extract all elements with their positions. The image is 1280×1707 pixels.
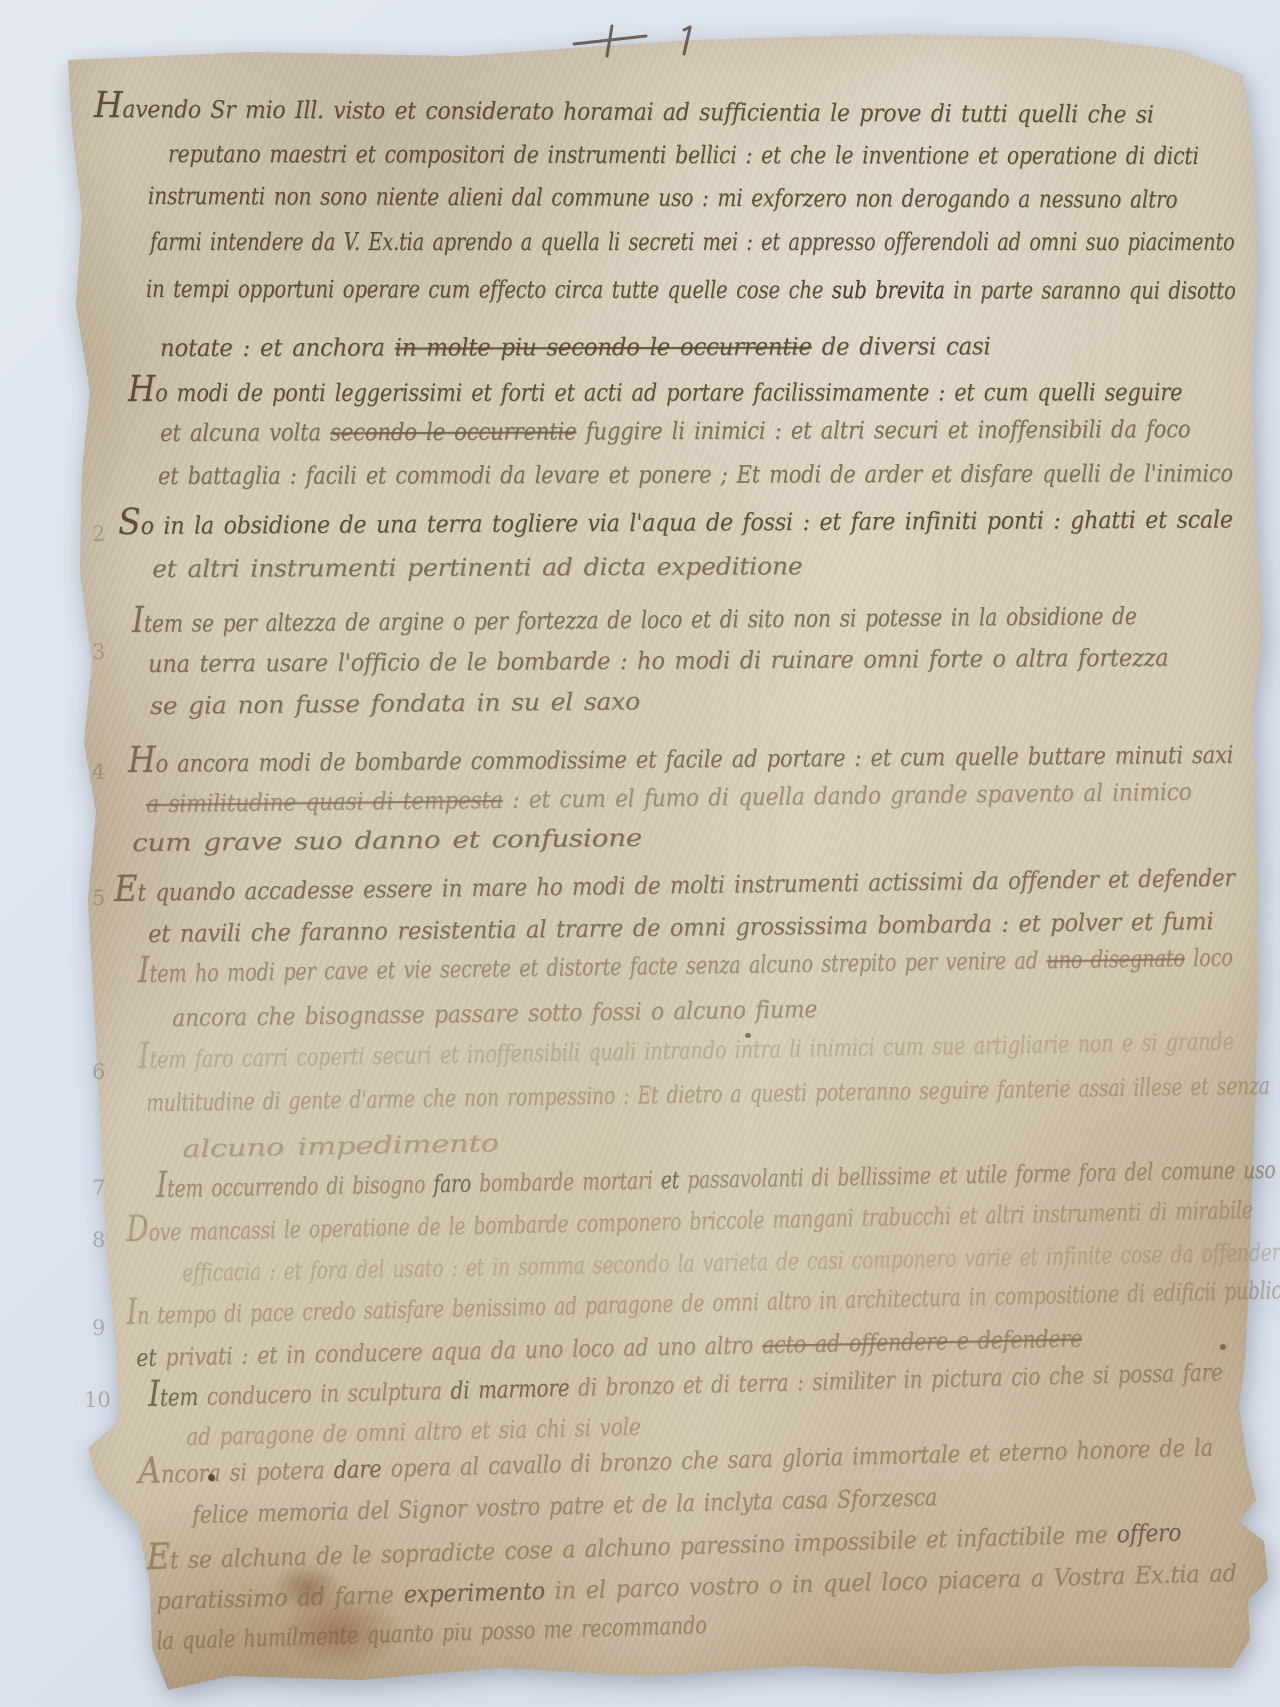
manuscript-line: ad paragone de omni altro et sia chi si …: [186, 1414, 641, 1451]
margin-paragraph-number: 8: [92, 1228, 105, 1252]
manuscript-line: una terra usare l'officio de le bombarde…: [148, 645, 1168, 678]
manuscript-line: Dove mancassi le operatione de le bombar…: [126, 1197, 1253, 1247]
margin-paragraph-number: 10: [84, 1388, 111, 1412]
manuscript-photo: Havendo Sr mio Ill. visto et considerato…: [0, 0, 1280, 1707]
manuscript-line: Item faro carri coperti securi et inoffe…: [138, 1028, 1234, 1073]
margin-paragraph-number: 2: [92, 522, 105, 546]
manuscript-line: et altri instrumenti pertinenti ad dicta…: [152, 553, 803, 582]
manuscript-line: instrumenti non sono niente alieni dal c…: [148, 183, 1178, 213]
manuscript-line: So in la obsidione de una terra togliere…: [118, 506, 1233, 539]
manuscript-line: Ho ancora modi de bombarde commodissime …: [128, 742, 1233, 778]
paper-sheet: Havendo Sr mio Ill. visto et considerato…: [0, 0, 1280, 1707]
ink-spot: [1220, 1344, 1226, 1350]
manuscript-line: in tempi opportuni operare cum effecto c…: [146, 276, 1236, 304]
manuscript-line: la quale humilmente quanto piu posso me …: [156, 1612, 707, 1654]
manuscript-line: a similitudine quasi di tempesta : et cu…: [146, 779, 1192, 818]
manuscript-text-block: Havendo Sr mio Ill. visto et considerato…: [0, 0, 1280, 1707]
manuscript-line: Havendo Sr mio Ill. visto et considerato…: [94, 96, 1154, 128]
manuscript-line: Item se per altezza de argine o per fort…: [132, 603, 1137, 637]
manuscript-line: et battaglia : facili et commodi da leva…: [158, 460, 1233, 489]
manuscript-line: et alcuna volta secondo le occurrentie f…: [160, 416, 1190, 446]
manuscript-line: farmi intendere da V. Ex.tia aprendo a q…: [150, 229, 1235, 256]
manuscript-line: Item ho modi per cave et vie secrete et …: [138, 944, 1233, 987]
manuscript-line: reputano maestri et compositori de instr…: [168, 141, 1199, 169]
manuscript-line: In tempo di pace credo satisfare benissi…: [126, 1277, 1280, 1329]
manuscript-line: ancora che bisognasse passare sotto foss…: [172, 996, 817, 1031]
manuscript-line: cum grave suo danno et confusione: [132, 825, 642, 857]
ink-spot: [208, 1474, 215, 1481]
manuscript-line: notate : et anchora in molte piu secondo…: [160, 333, 991, 361]
manuscript-line: Et quando accadesse essere in mare ho mo…: [114, 865, 1235, 907]
manuscript-line: Ho modi de ponti leggerissimi et forti e…: [128, 379, 1182, 406]
margin-paragraph-number: 9: [92, 1316, 105, 1340]
manuscript-line: et navili che faranno resistentia al tra…: [148, 908, 1214, 947]
margin-paragraph-number: 5: [92, 886, 105, 910]
manuscript-line: Item occurrendo di bisogno faro bombarde…: [156, 1157, 1276, 1203]
manuscript-line: multitudine di gente d'arme che non romp…: [146, 1073, 1270, 1117]
manuscript-line: alcuno impedimento: [182, 1130, 499, 1162]
margin-paragraph-number: 4: [92, 760, 105, 784]
margin-paragraph-number: 3: [92, 640, 105, 664]
margin-paragraph-number: 7: [92, 1176, 105, 1200]
manuscript-line: felice memoria del Signor vostro patre e…: [192, 1484, 937, 1528]
manuscript-line: se gia non fusse fondata in su el saxo: [150, 688, 640, 719]
margin-paragraph-number: 6: [92, 1060, 105, 1084]
ink-spot: [745, 1033, 751, 1038]
